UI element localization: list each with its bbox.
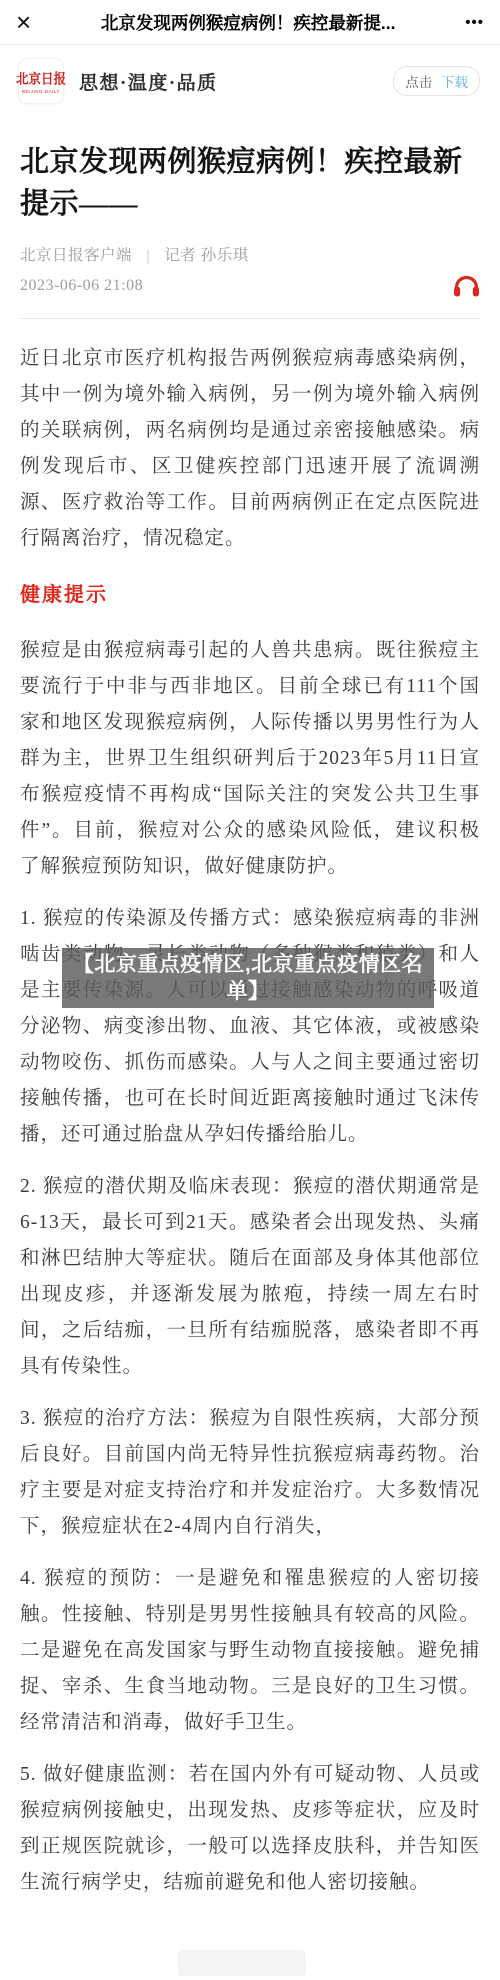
- byline: 北京日报客户端 | 记者 孙乐琪: [20, 243, 480, 265]
- body-paragraph-intro: 近日北京市医疗机构报告两例猴痘病毒感染病例，其中一例为境外输入病例，另一例为境外…: [20, 341, 480, 557]
- download-action-label: 下载: [441, 75, 468, 90]
- download-prefix-label: 点击: [405, 75, 432, 90]
- health-tips-heading: 健康提示: [20, 581, 480, 609]
- source-name: 北京日报客户端: [20, 247, 132, 264]
- reporter-name: 记者 孙乐琪: [164, 247, 248, 264]
- body-paragraph-item4: 4. 猴痘的预防：一是避免和罹患猴痘的人密切接触。性接触、特别是男男性接触具有较…: [20, 1561, 480, 1741]
- watermark-overlay: 【北京重点疫情区,北京重点疫情区名单】: [62, 948, 434, 1008]
- more-menu-icon[interactable]: •••: [465, 14, 484, 31]
- app-download-banner: 北京日报 BEIJING DAILY 思想·温度·品质 点击 下载: [0, 45, 500, 117]
- nav-title: 北京发现两例猴痘病例！疾控最新提...: [31, 10, 465, 35]
- article: 北京发现两例猴痘病例！疾控最新提示—— 北京日报客户端 | 记者 孙乐琪 202…: [0, 141, 500, 1901]
- body-paragraph-item5: 5. 做好健康监测：若在国内外有可疑动物、人员或猴痘病例接触史，出现发热、皮疹等…: [20, 1757, 480, 1901]
- logo-subtitle: BEIJING DAILY: [22, 89, 60, 94]
- byline-divider: |: [146, 247, 150, 264]
- publish-datetime: 2023-06-06 21:08: [20, 277, 143, 295]
- download-button[interactable]: 点击 下载: [393, 66, 480, 96]
- title-divider: [20, 318, 480, 319]
- body-paragraph-overview: 猴痘是由猴痘病毒引起的人兽共患病。既往猴痘主要流行于中非与西非地区。目前全球已有…: [20, 633, 480, 885]
- article-title: 北京发现两例猴痘病例！疾控最新提示——: [20, 141, 480, 225]
- listen-audio-button[interactable]: [453, 275, 480, 297]
- close-icon[interactable]: ×: [16, 9, 31, 35]
- body-paragraph-item2: 2. 猴痘的潜伏期及临床表现：猴痘的潜伏期通常是6-13天，最长可到21天。感染…: [20, 1169, 480, 1385]
- body-paragraph-item1: 1. 猴痘的传染源及传播方式：感染猴痘病毒的非洲啮齿类动物、灵长类动物（多种猴类…: [20, 901, 480, 1153]
- app-slogan: 思想·温度·品质: [79, 68, 218, 95]
- logo-name: 北京日报: [16, 68, 66, 88]
- beijing-daily-logo[interactable]: 北京日报 BEIJING DAILY: [18, 58, 64, 104]
- top-nav: × 北京发现两例猴痘病例！疾控最新提... •••: [0, 0, 500, 45]
- headphones-icon: [453, 275, 480, 297]
- date-row: 2023-06-06 21:08: [20, 272, 480, 300]
- body-paragraph-item3: 3. 猴痘的治疗方法：猴痘为自限性疾病，大部分预后良好。目前国内尚无特异性抗猴痘…: [20, 1401, 480, 1545]
- bottom-smudge: [178, 1950, 306, 1976]
- watermark-text: 【北京重点疫情区,北京重点疫情区名单】: [73, 953, 423, 1003]
